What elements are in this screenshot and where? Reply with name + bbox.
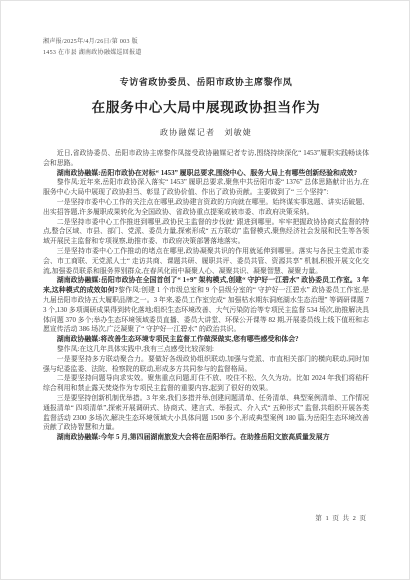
body-paragraph: 二是要坚持问题导向求实效。聚焦重点问题,盯住不放、咬住不松、久久为功。比如 20… bbox=[43, 374, 369, 394]
body-paragraph: 三是坚持市委中心工作推动的堵点在哪里,政协凝聚共识的作用就延伸到哪里。落实与各民… bbox=[43, 247, 369, 276]
article-byline: 政协融媒记者 刘敏婕 bbox=[43, 127, 369, 138]
article-title: 在服务中心大局中展现政协担当作为 bbox=[43, 96, 369, 116]
document-page: 湘声报/2025年/4月/26日/第 003 版 1453 在市县 湖南政协融媒… bbox=[0, 0, 410, 580]
body-paragraph: 三是要坚持创新机制优举措。3 年来,我们多措并举,创建问题清单、任务清单、典型案… bbox=[43, 394, 369, 433]
body-paragraph: 一是坚持市委中心工作的关注点在哪里,政协建言资政的方向就在哪里。始终谋实事选题、… bbox=[43, 198, 369, 218]
masthead: 湘声报/2025年/4月/26日/第 003 版 1453 在市县 湖南政协融媒… bbox=[43, 37, 369, 59]
article-kicker: 专访省政协委员、岳阳市政协主席黎作凤 bbox=[43, 75, 369, 88]
body-paragraph: 黎作凤:在这几年具体实践中,我有三点感受比较深刻: bbox=[43, 345, 369, 355]
body-paragraph: 一是要坚持多方联动聚合力。要做好各级政协组织联动,加强与党派、市直相关部门的横向… bbox=[43, 355, 369, 375]
question-paragraph: 湖南政协融媒:将改善生态环境专项民主监督工作做深做实,您有哪些感受和体会? bbox=[43, 335, 369, 345]
article-body: 近日,省政协委员、岳阳市政协主席黎作凤接受政协融媒记者专访,围绕持续深化“ 14… bbox=[43, 149, 369, 443]
masthead-series-line: 1453 在市县 湖南政协融媒巡回报道 bbox=[43, 48, 369, 59]
body-paragraph: 湖南政协融媒:岳阳市政协在全国首创了“ 1+9” 架构模式,创建“ 守护好一江碧… bbox=[43, 276, 369, 335]
body-paragraph: 近日,省政协委员、岳阳市政协主席黎作凤接受政协融媒记者专访,围绕持续深化“ 14… bbox=[43, 149, 369, 169]
masthead-edition-line: 湘声报/2025年/4月/26日/第 003 版 bbox=[43, 37, 369, 48]
page-number: 第 1 页 共 2 页 bbox=[315, 513, 367, 522]
question-paragraph: 湖南政协融媒:岳阳市政协在对标“ 1453” 履职总要求,围绕中心、服务大局上有… bbox=[43, 169, 369, 179]
body-paragraph: 二是坚持市委中心工作推进到哪里,政协民主监督的步伐就‘ 跟进到哪里。牢牢把握政协… bbox=[43, 218, 369, 247]
body-paragraph: 黎作凤:近年来,岳阳市政协深入落实“ 1453” 履职总要求,聚焦中共岳阳市委“… bbox=[43, 178, 369, 198]
question-paragraph: 湖南政协融媒:今年 5 月,第四届湖南旅发大会将在岳阳举行。在助推岳阳文旅高质量… bbox=[43, 433, 369, 443]
